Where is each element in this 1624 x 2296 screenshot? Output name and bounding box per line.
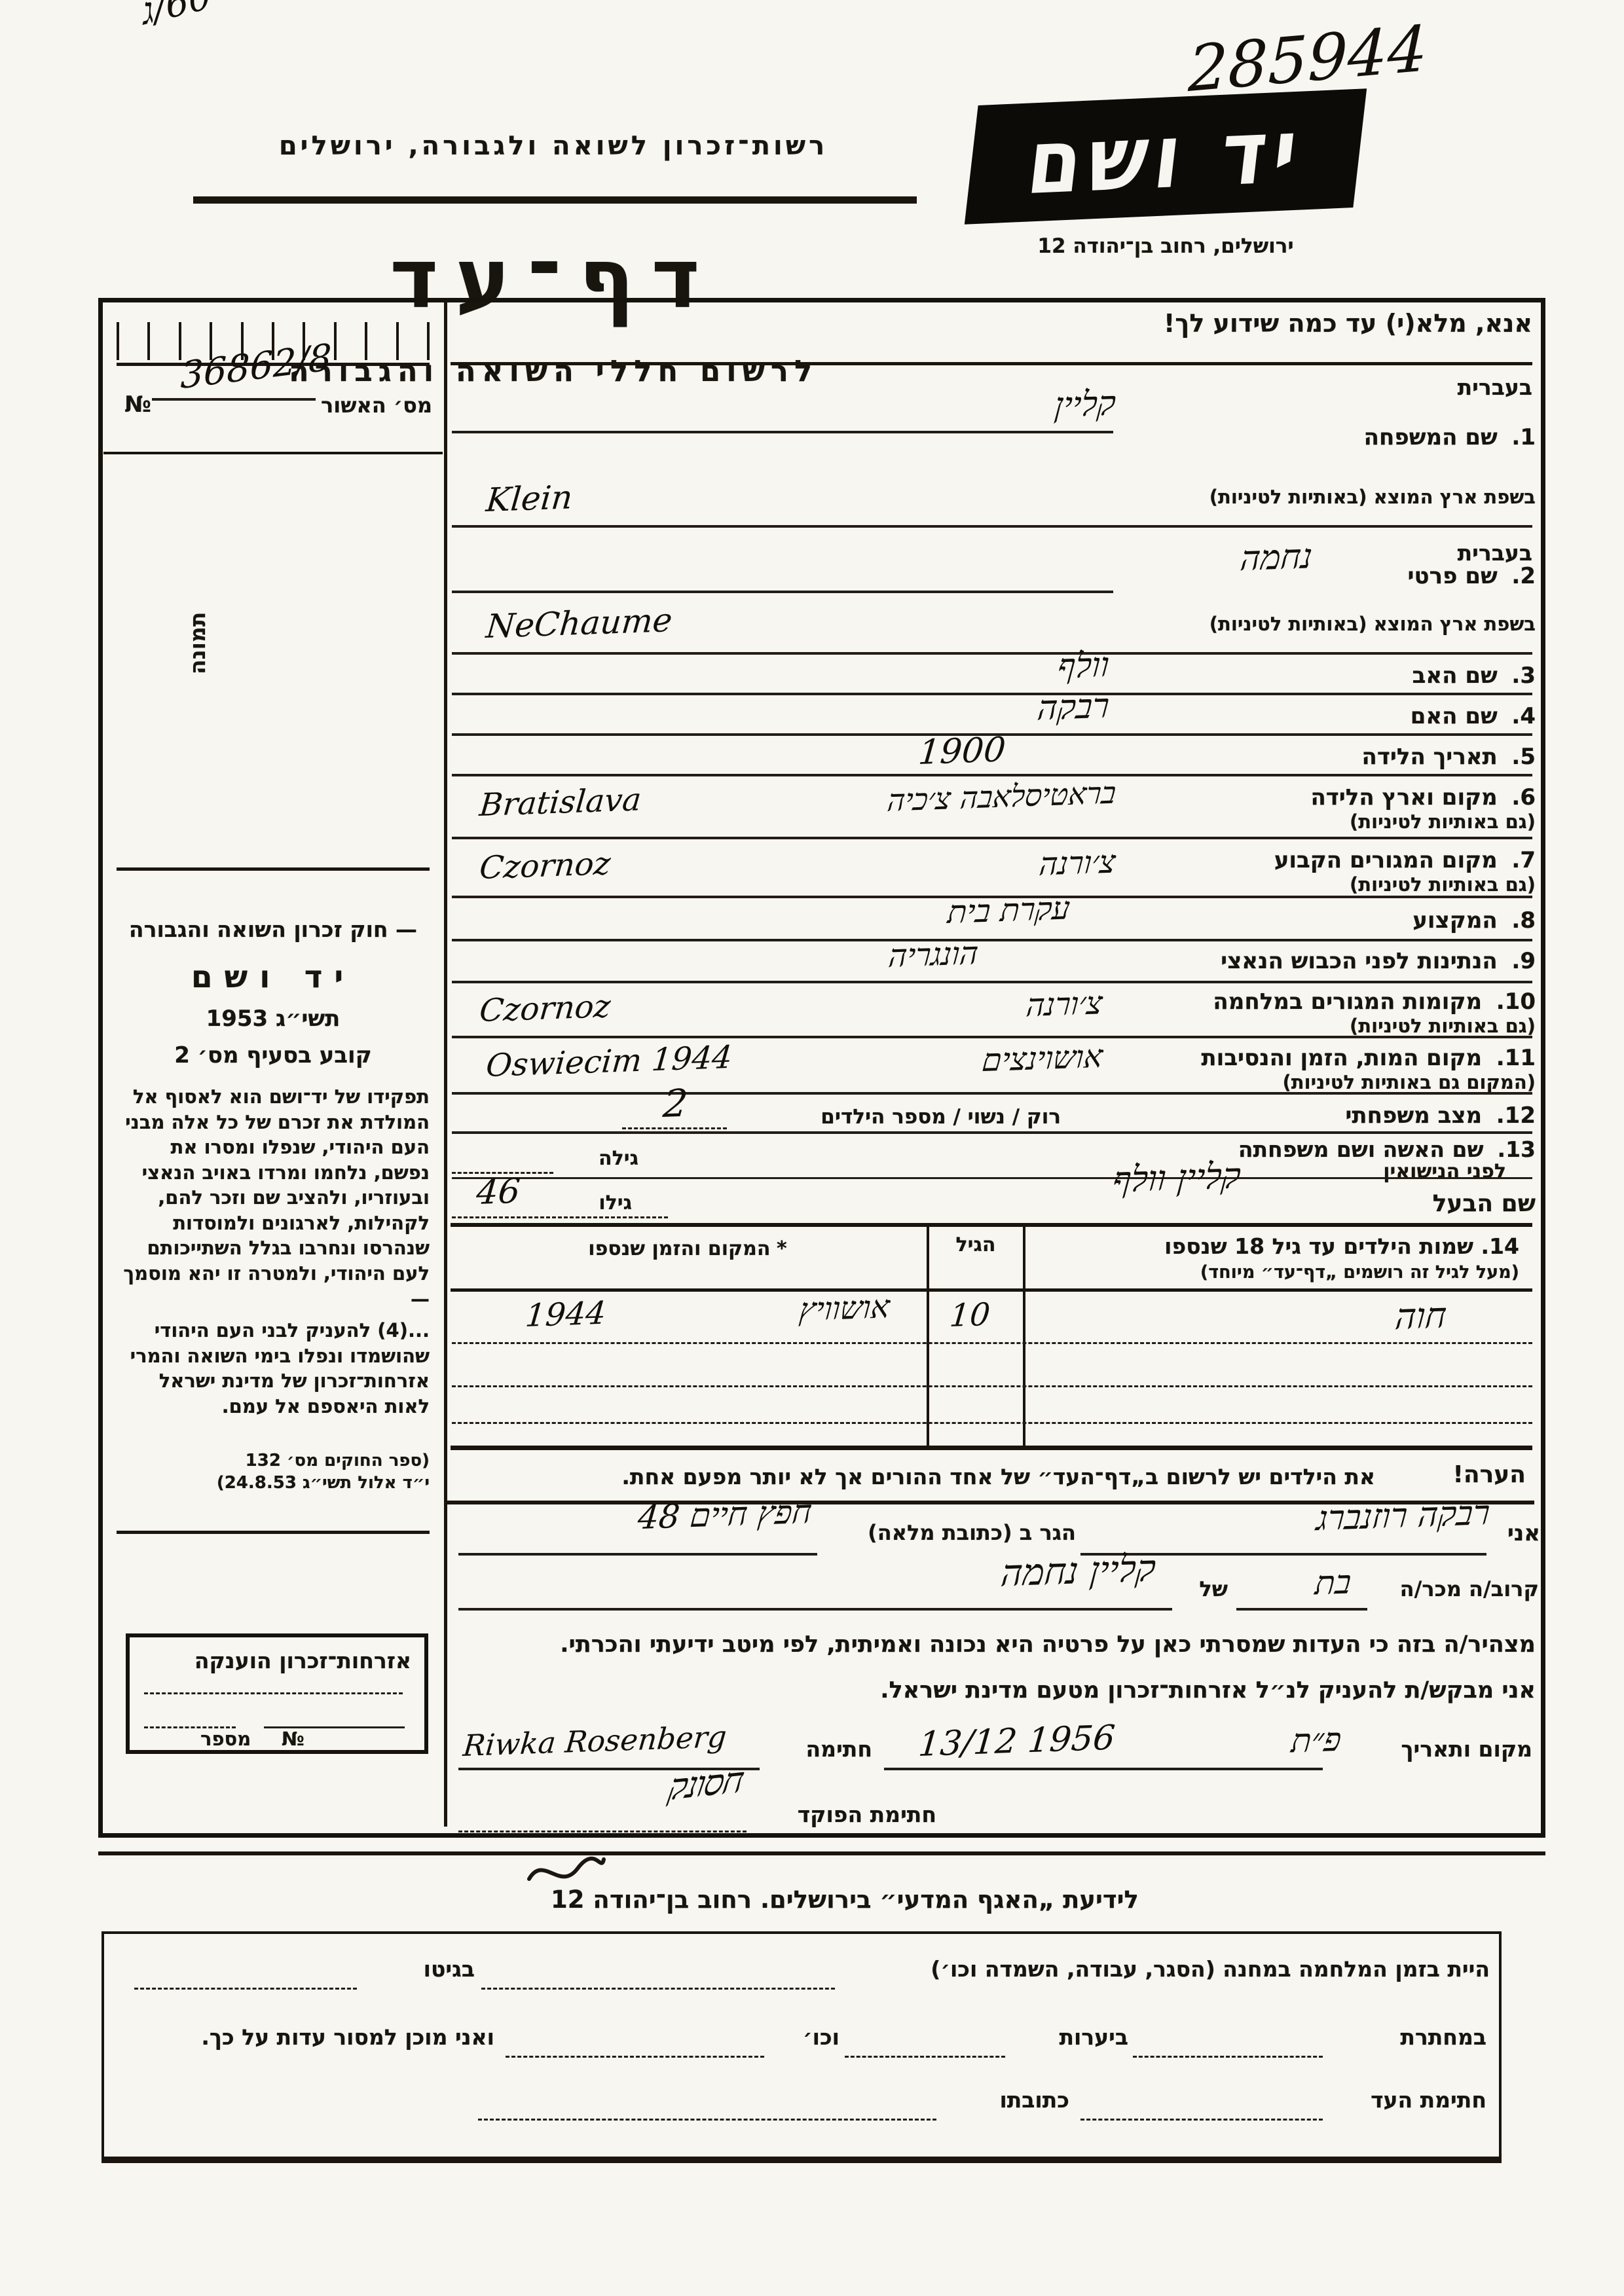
yad-vashem-logo-text: יד ושם xyxy=(1022,99,1309,215)
law-year: תשי״ג 1953 xyxy=(117,1006,430,1032)
citizenship-number-symbol: № xyxy=(282,1728,304,1750)
child-1-place: אושוויץ xyxy=(704,1288,891,1332)
child-1-name: חוה xyxy=(1300,1294,1448,1341)
field-1-hebrew-value: קליין xyxy=(950,384,1117,429)
declaration-statement: מצהיר/ה בזה כי העדות שמסרתי כאן על פרטיה… xyxy=(458,1631,1536,1658)
relation-handwritten: בת xyxy=(1264,1563,1353,1604)
field-11-number: 11. xyxy=(1496,1045,1536,1071)
field-6-sublabel: (גם באותיות לטיניות) xyxy=(1113,811,1536,833)
approval-number-symbol: № xyxy=(115,392,151,418)
footer-heading: לידיעת „האגף המדעי״ בירושלים. רחוב בן־יה… xyxy=(419,1886,1270,1914)
field-11-sublabel: (המקום גם באותיות לטיניות) xyxy=(1113,1071,1536,1093)
field-6-number: 6. xyxy=(1511,784,1536,811)
field-8-label-text: המקצוע xyxy=(1412,907,1498,934)
field-4-value: רבקה xyxy=(930,687,1111,732)
field-5-value: 1900 xyxy=(917,727,1091,773)
field-10-hebrew-value: צ׳ורנה xyxy=(917,985,1104,1028)
field-2-number: 2. xyxy=(1511,563,1536,589)
field-3-value: וולף xyxy=(936,646,1111,691)
citizenship-number-label: מספר xyxy=(200,1728,251,1750)
field-7-hebrew-value: צ׳ורנה xyxy=(936,844,1117,886)
field-7-sublabel: (גם באותיות לטיניות) xyxy=(1113,873,1536,896)
field-13-number: 13. xyxy=(1498,1137,1536,1162)
field-2-label: 2. שם פרטי xyxy=(1113,563,1536,589)
citizenship-request: אני מבקש/ת להעניק לנ״ל אזרחות־זכרון מטעם… xyxy=(458,1677,1536,1704)
field-12-printed-options: רוק / נשוי / מספר הילדים xyxy=(720,1105,1061,1129)
place-header-text: המקום והזמן שנספו xyxy=(588,1237,770,1260)
column-divider xyxy=(444,300,447,1827)
field-12-label-text: מצב משפחתי xyxy=(1345,1102,1482,1129)
field-1-number: 1. xyxy=(1511,424,1536,450)
declarant-i-label: אני xyxy=(1494,1520,1540,1546)
child-1-age: 10 xyxy=(948,1296,1010,1334)
field-5-number: 5. xyxy=(1511,744,1536,770)
place-date-label: מקום ותאריך xyxy=(1342,1736,1532,1762)
child-1-year: 1944 xyxy=(524,1293,652,1334)
law-yad-vashem: יד ושם xyxy=(117,959,430,995)
law-clause-text: ...(4) להעניק לבני העם היהודי שהושמדו ונ… xyxy=(117,1318,430,1419)
field-3-number: 3. xyxy=(1511,663,1536,689)
his-age-value: 46 xyxy=(475,1171,544,1212)
children-title: 14. שמות הילדים עד גיל 18 שנספו xyxy=(1061,1233,1519,1259)
children-table-vline-1 xyxy=(927,1227,929,1447)
law-source-citation: (ספר החוקים מס׳ 132 י״ד אלול תשי״ג 24.8.… xyxy=(117,1450,430,1495)
field-9-label-text: הנתינות לפני הכבוש הנאצי xyxy=(1221,948,1498,974)
field-10-sublabel: (גם באותיות לטיניות) xyxy=(1113,1015,1536,1037)
citizenship-title: אזרחות־זכרון הוענקה xyxy=(130,1648,411,1673)
underground-label: במחתרת xyxy=(1329,2024,1486,2050)
field-9-number: 9. xyxy=(1511,948,1536,974)
children-table-vline-2 xyxy=(1023,1227,1025,1447)
her-age-label: גילה xyxy=(560,1147,638,1170)
corner-handwritten-note: 60/ג xyxy=(30,0,214,61)
etc-label: וכו׳ xyxy=(774,2024,840,2050)
of-label: של xyxy=(1182,1576,1228,1601)
children-row-line-2 xyxy=(452,1385,1532,1387)
field-1-hebrew-label: בעברית xyxy=(1434,374,1532,400)
fill-in-instruction: אנא, מלא(י) עד כמה שידוע לך! xyxy=(1110,309,1532,338)
field-4-label: 4. שם האם xyxy=(1113,703,1536,729)
note-text: את הילדים יש לרשום ב„דף־העד״ של אחד ההור… xyxy=(458,1464,1375,1489)
field-2-sublabel: בשפת ארץ המוצא (באותיות לטיניות) xyxy=(1113,613,1536,635)
field-4-number: 4. xyxy=(1511,703,1536,729)
field-6-label-text: מקום וארץ הלידה xyxy=(1310,784,1497,811)
clerk-signature-label: חתימת הפוקד xyxy=(753,1802,936,1827)
field-9-label: 9. הנתינות לפני הכבוש הנאצי xyxy=(1113,948,1536,974)
relation-label: קרוב/ה מכר/ה xyxy=(1372,1576,1539,1601)
field-6-label: 6. מקום וארץ הלידה xyxy=(1113,784,1536,811)
signature-label: חתימה xyxy=(767,1736,872,1762)
camp-question-label: היית בזמן המלחמה במחנה (הסגר, עבודה, השמ… xyxy=(845,1956,1490,1982)
field-4-label-text: שם האם xyxy=(1411,703,1498,729)
field-13-label-text: שם האשה ושם משפחתה xyxy=(1238,1137,1484,1162)
field-11-label: 11. מקום המות, הזמן והנסיבות xyxy=(1113,1045,1536,1071)
forest-label: ביערות xyxy=(1014,2024,1128,2050)
children-table-bottom-rule xyxy=(451,1446,1532,1450)
his-age-label: גילו xyxy=(560,1192,632,1214)
authority-underline xyxy=(193,196,917,204)
ghetto-label: בגיטו xyxy=(370,1956,475,1982)
field-7-number: 7. xyxy=(1511,847,1536,873)
law-sidebar: — חוק זכרון השואה והגבורה יד ושם תשי״ג 1… xyxy=(117,867,430,1534)
yad-vashem-logo: יד ושם xyxy=(965,88,1367,225)
children-age-header: הגיל xyxy=(931,1233,1020,1256)
approval-underrule xyxy=(103,452,443,454)
place-handwritten: פ״ת xyxy=(1261,1721,1343,1761)
field-2-label-text: שם פרטי xyxy=(1408,563,1498,589)
photo-box-label: תמונה xyxy=(185,612,210,710)
memorial-citizenship-box: אזרחות־זכרון הוענקה מספר № xyxy=(126,1633,428,1754)
field-12-value: 2 xyxy=(661,1080,724,1126)
field-12-number: 12. xyxy=(1496,1102,1536,1129)
field-1-label: 1. שם המשפחה xyxy=(1113,424,1536,450)
field-8-label: 8. המקצוע xyxy=(1113,907,1536,934)
field-7-label-text: מקום המגורים הקבוע xyxy=(1274,847,1498,873)
field-5-label-text: תאריך הלידה xyxy=(1362,744,1498,770)
children-header-rule xyxy=(451,1288,1532,1292)
field-1-sublabel: בשפת ארץ המוצא (באותיות לטיניות) xyxy=(1113,486,1536,508)
field-2-hebrew-label: בעברית xyxy=(1434,540,1532,566)
law-clause-intro: קובע בסעיף מס׳ 2 xyxy=(117,1042,430,1068)
field-3-label: 3. שם האב xyxy=(1113,663,1536,689)
field-3-label-text: שם האב xyxy=(1412,663,1498,689)
approval-number-label: מס׳ האשור xyxy=(320,393,432,418)
field-10-label: 10. מקומות המגורים במלחמה xyxy=(1113,989,1536,1015)
place-header-asterisk: * xyxy=(777,1237,787,1260)
field-11-label-text: מקום המות, הזמן והנסיבות xyxy=(1201,1045,1482,1071)
witness-address-label: כתובתו xyxy=(945,2087,1069,2113)
field-7-label: 7. מקום המגורים הקבוע xyxy=(1113,847,1536,873)
children-row-line-3 xyxy=(452,1422,1532,1424)
field-10-number: 10. xyxy=(1496,989,1536,1015)
authority-line: רשות־זכרון לשואה ולגבורה, ירושלים xyxy=(196,131,910,161)
logo-address: ירושלים, רחוב בן־יהודה 12 xyxy=(950,234,1382,258)
testimony-page-sheet: 60/ג 285944 רשות־זכרון לשואה ולגבורה, יר… xyxy=(0,0,1624,2296)
witness-sign-label: חתימת העד xyxy=(1329,2087,1486,2113)
field-1-label-text: שם המשפחה xyxy=(1364,424,1498,450)
instruction-underrule xyxy=(451,362,1532,365)
address-label: הגר ב (כתובת מלאה) xyxy=(824,1520,1076,1545)
field-5-label: 5. תאריך הלידה xyxy=(1113,744,1536,770)
law-heading: — חוק זכרון השואה והגבורה xyxy=(117,917,430,942)
field-10-label-text: מקומות המגורים במלחמה xyxy=(1213,989,1482,1015)
children-table-top-rule xyxy=(451,1223,1532,1227)
children-row-line-1 xyxy=(452,1342,1532,1344)
note-title: הערה! xyxy=(1395,1461,1526,1488)
law-body-text: תפקידו של יד־ושם הוא לאסוף אל המולדת את … xyxy=(117,1084,430,1311)
field-12-label: 12. מצב משפחתי xyxy=(1113,1102,1536,1129)
children-subtitle: (מעל לגיל זה רושמים „דף־עד״ מיוחד) xyxy=(1061,1262,1519,1283)
children-place-header: * המקום והזמן שנספו xyxy=(458,1237,917,1260)
willing-to-testify-label: ואני מוכן למסור עדות על כך. xyxy=(118,2024,494,2050)
field-8-number: 8. xyxy=(1511,907,1536,934)
bottom-double-rule xyxy=(98,1851,1545,1855)
